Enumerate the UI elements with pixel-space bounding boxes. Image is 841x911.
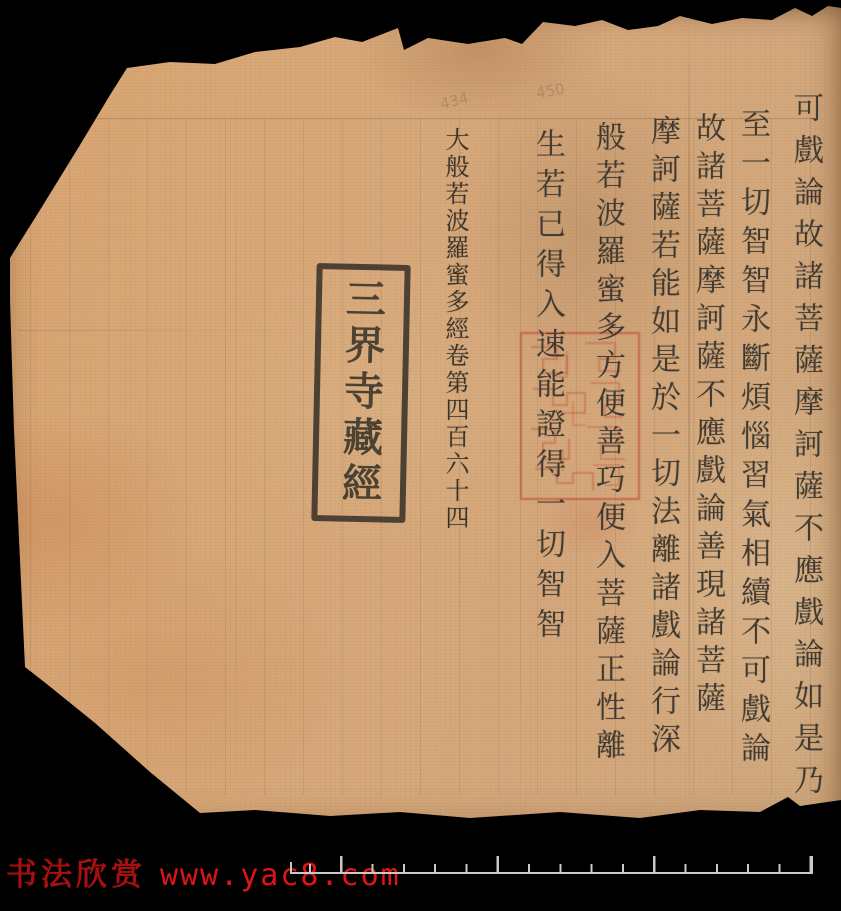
sutra-text-column-1: 可戲論故諸菩薩摩訶薩不應戲論如是乃 bbox=[783, 92, 827, 806]
watermark-site-name: 书法欣赏 bbox=[6, 849, 146, 894]
manuscript-paper: 可戲論故諸菩薩摩訶薩不應戲論如是乃 至一切智智永斷煩惱習氣相續不可戲論 故諸菩薩… bbox=[0, 0, 841, 828]
ruler-tall-ticks bbox=[290, 856, 813, 872]
crease-line bbox=[236, 120, 237, 780]
ruler-end-tick bbox=[811, 856, 814, 872]
stamp-text: 三界寺藏經 bbox=[330, 277, 392, 508]
sutra-text-column-6: 生若已得入速能證得一切智智 bbox=[525, 128, 569, 648]
photo-stage: 可戲論故諸菩薩摩訶薩不應戲論如是乃 至一切智智永斷煩惱習氣相續不可戲論 故諸菩薩… bbox=[0, 0, 841, 911]
sutra-end-title-column: 大般若波羅蜜多經卷第四百六十四 bbox=[438, 127, 473, 532]
sutra-text-column-2: 至一切智智永斷煩惱習氣相續不可戲論 bbox=[730, 108, 774, 771]
sutra-text-column-4: 摩訶薩若能如是於一切法離諸戲論行深 bbox=[640, 115, 684, 761]
sutra-text-column-5: 般若波羅蜜多方便善巧便入菩薩正性離 bbox=[585, 121, 629, 767]
scale-ruler bbox=[290, 855, 813, 874]
sutra-text-column-3: 故諸菩薩摩訶薩不應戲論善現諸菩薩 bbox=[685, 112, 729, 720]
ruler-start-tick bbox=[290, 862, 292, 872]
crease-line bbox=[18, 330, 308, 331]
temple-collection-stamp: 三界寺藏經 bbox=[311, 263, 410, 523]
ruler-baseline bbox=[290, 872, 813, 874]
